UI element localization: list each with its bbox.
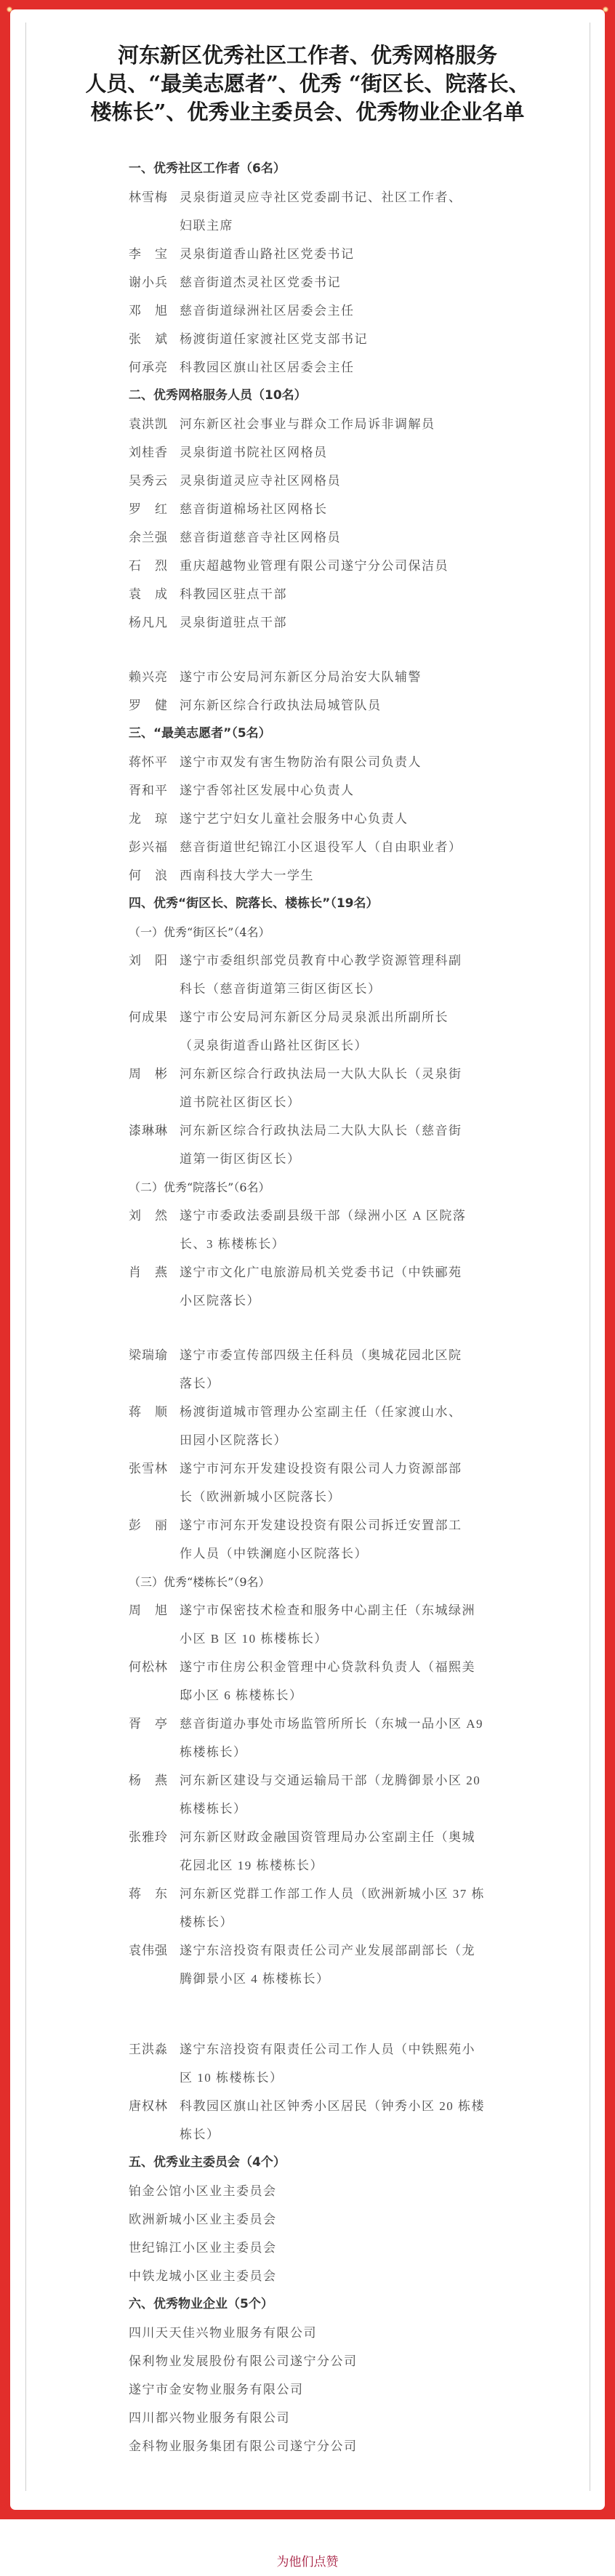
person-name: 余兰强 <box>129 523 180 552</box>
person-name: 罗 健 <box>129 691 180 720</box>
list-item: 张 斌杨渡街道任家渡社区党支部书记 <box>129 325 594 353</box>
person-name: 胥和平 <box>129 776 180 805</box>
left-divider <box>25 23 26 2491</box>
list-item: 余兰强慈音街道慈音寺社区网格员 <box>129 523 594 552</box>
person-title-cont: 长、3 栋楼栋长） <box>129 1230 594 1258</box>
person-name: 龙 琼 <box>129 805 180 833</box>
list-item: 罗 健河东新区综合行政执法局城管队员 <box>129 691 594 720</box>
person-name: 蒋 东 <box>129 1880 180 1908</box>
person-title: 灵泉街道香山路社区党委书记 <box>180 240 594 268</box>
list-item: 王洪淼遂宁东涪投资有限责任公司工作人员（中铁熙苑小 <box>129 2035 594 2064</box>
list-item: 胥 亭慈音街道办事处市场监管所所长（东城一品小区 A9 <box>129 1710 594 1738</box>
list-item: 铂金公馆小区业主委员会 <box>129 2177 594 2205</box>
list-item: 唐权林科教园区旗山社区钟秀小区居民（钟秀小区 20 栋楼 <box>129 2092 594 2120</box>
list-item: 四川天天佳兴物业服务有限公司 <box>129 2319 594 2347</box>
person-title-cont: 区 10 栋楼栋长） <box>129 2064 594 2092</box>
person-name: 漆琳琳 <box>129 1116 180 1145</box>
person-title-cont: 楼栋长） <box>129 1908 594 1936</box>
person-name: 梁瑞瑜 <box>129 1341 180 1369</box>
person-name: 肖 燕 <box>129 1258 180 1287</box>
person-title: 遂宁市委政法委副县级干部（绿洲小区 A 区院落 <box>180 1202 594 1230</box>
person-name: 何成果 <box>129 1003 180 1031</box>
person-name: 张 斌 <box>129 325 180 353</box>
person-title: 灵泉街道灵应寺社区党委副书记、社区工作者、 <box>180 183 594 212</box>
list-item: 欧洲新城小区业主委员会 <box>129 2205 594 2234</box>
section-heading: 二、优秀网格服务人员（10名） <box>129 382 594 410</box>
person-title: 慈音街道世纪锦江小区退役军人（自由职业者） <box>180 833 594 861</box>
list-item: 邓 旭慈音街道绿洲社区居委会主任 <box>129 297 594 325</box>
person-title: 遂宁香邻社区发展中心负责人 <box>180 776 594 805</box>
person-name: 彭 丽 <box>129 1511 180 1539</box>
person-name: 刘 阳 <box>129 946 180 975</box>
person-title: 遂宁市河东开发建设投资有限公司人力资源部部 <box>180 1454 594 1483</box>
person-title-cont: 小区 B 区 10 栋楼栋长） <box>129 1625 594 1653</box>
list-item: 吴秀云灵泉街道灵应寺社区网格员 <box>129 467 594 495</box>
person-name: 何 浪 <box>129 861 180 890</box>
person-name: 罗 红 <box>129 495 180 523</box>
list-item: 梁瑞瑜遂宁市委宣传部四级主任科员（奥城花园北区院 <box>129 1341 594 1369</box>
person-title: 遂宁市委组织部党员教育中心教学资源管理科副 <box>180 946 594 975</box>
list-item: 世纪锦江小区业主委员会 <box>129 2234 594 2262</box>
person-title: 河东新区建设与交通运输局干部（龙腾御景小区 20 <box>180 1766 594 1795</box>
person-title: 科教园区驻点干部 <box>180 580 594 608</box>
like-caption: 为他们点赞 <box>0 2551 615 2569</box>
list-item: 漆琳琳河东新区综合行政执法局二大队大队长（慈音街 <box>129 1116 594 1145</box>
person-title: 科教园区旗山社区钟秀小区居民（钟秀小区 20 栋楼 <box>180 2092 594 2120</box>
person-name: 周 旭 <box>129 1596 180 1625</box>
person-name: 邓 旭 <box>129 297 180 325</box>
person-title: 杨渡街道任家渡社区党支部书记 <box>180 325 594 353</box>
person-title: 慈音街道杰灵社区党委书记 <box>180 268 594 297</box>
person-title-cont: 栋楼栋长） <box>129 1795 594 1823</box>
title-line: 人员、“最美志愿者”、优秀 “街区长、院落长、 <box>10 70 605 98</box>
person-name: 刘 然 <box>129 1202 180 1230</box>
person-title: 河东新区财政金融国资管理局办公室副主任（奥城 <box>180 1823 594 1851</box>
person-title: 灵泉街道书院社区网格员 <box>180 438 594 467</box>
page-break-gap <box>129 637 594 663</box>
title-line: 楼栋长”、优秀业主委员会、优秀物业企业名单 <box>10 98 605 126</box>
person-title-cont: 小区院落长） <box>129 1287 594 1315</box>
list-item: 何承亮科教园区旗山社区居委会主任 <box>129 353 594 382</box>
person-title: 灵泉街道灵应寺社区网格员 <box>180 467 594 495</box>
person-name: 李 宝 <box>129 240 180 268</box>
person-title: 河东新区党群工作部工作人员（欧洲新城小区 37 栋 <box>180 1880 594 1908</box>
person-title: 慈音街道绿洲社区居委会主任 <box>180 297 594 325</box>
person-name: 杨凡凡 <box>129 608 180 637</box>
person-title-cont: 邸小区 6 栋楼栋长） <box>129 1681 594 1710</box>
list-item: 林雪梅灵泉街道灵应寺社区党委副书记、社区工作者、 <box>129 183 594 212</box>
person-title-cont: 栋楼栋长） <box>129 1738 594 1766</box>
list-item: 龙 琼遂宁艺宁妇女儿童社会服务中心负责人 <box>129 805 594 833</box>
person-title: 科教园区旗山社区居委会主任 <box>180 353 594 382</box>
person-title-cont: 妇联主席 <box>129 212 594 240</box>
list-item: 张雪林遂宁市河东开发建设投资有限公司人力资源部部 <box>129 1454 594 1483</box>
list-item: 中铁龙城小区业主委员会 <box>129 2262 594 2290</box>
list-item: 李 宝灵泉街道香山路社区党委书记 <box>129 240 594 268</box>
person-title: 遂宁市公安局河东新区分局灵泉派出所副所长 <box>180 1003 594 1031</box>
document-card: 河东新区优秀社区工作者、优秀网格服务 人员、“最美志愿者”、优秀 “街区长、院落… <box>10 9 605 2510</box>
section-heading: 六、优秀物业企业（5个） <box>129 2290 594 2319</box>
list-item: 张雅玲河东新区财政金融国资管理局办公室副主任（奥城 <box>129 1823 594 1851</box>
person-name: 吴秀云 <box>129 467 180 495</box>
list-item: 石 烈重庆超越物业管理有限公司遂宁分公司保洁员 <box>129 552 594 580</box>
person-name: 胥 亭 <box>129 1710 180 1738</box>
person-title-cont: 花园北区 19 栋楼栋长） <box>129 1851 594 1880</box>
list-item: 袁 成科教园区驻点干部 <box>129 580 594 608</box>
list-item: 谢小兵慈音街道杰灵社区党委书记 <box>129 268 594 297</box>
list-item: 赖兴亮遂宁市公安局河东新区分局治安大队辅警 <box>129 663 594 691</box>
list-item: 何成果遂宁市公安局河东新区分局灵泉派出所副所长 <box>129 1003 594 1031</box>
person-title-cont: 道书院社区街区长） <box>129 1088 594 1116</box>
person-title: 遂宁市委宣传部四级主任科员（奥城花园北区院 <box>180 1341 594 1369</box>
title-line: 河东新区优秀社区工作者、优秀网格服务 <box>10 41 605 70</box>
person-title: 西南科技大学大一学生 <box>180 861 594 890</box>
list-item: 蒋 顺杨渡街道城市管理办公室副主任（任家渡山水、 <box>129 1398 594 1426</box>
person-title: 河东新区社会事业与群众工作局诉非调解员 <box>180 410 594 438</box>
person-name: 杨 燕 <box>129 1766 180 1795</box>
person-title: 灵泉街道驻点干部 <box>180 608 594 637</box>
person-name: 周 彬 <box>129 1060 180 1088</box>
list-item: 罗 红慈音街道棉场社区网格长 <box>129 495 594 523</box>
person-title: 遂宁东涪投资有限责任公司产业发展部副部长（龙 <box>180 1936 594 1965</box>
list-item: 周 旭遂宁市保密技术检查和服务中心副主任（东城绿洲 <box>129 1596 594 1625</box>
person-title-cont: 道第一街区街区长） <box>129 1145 594 1173</box>
list-item: 保利物业发展股份有限公司遂宁分公司 <box>129 2347 594 2375</box>
list-item: 何松林遂宁市住房公积金管理中心贷款科负责人（福熙美 <box>129 1653 594 1681</box>
person-name: 谢小兵 <box>129 268 180 297</box>
person-name: 何松林 <box>129 1653 180 1681</box>
person-title-cont: （灵泉街道香山路社区街区长） <box>129 1031 594 1060</box>
list-item: 金科物业服务集团有限公司遂宁分公司 <box>129 2432 594 2460</box>
list-item: 四川都兴物业服务有限公司 <box>129 2404 594 2432</box>
red-frame: 河东新区优秀社区工作者、优秀网格服务 人员、“最美志愿者”、优秀 “街区长、院落… <box>0 0 615 2519</box>
person-title-cont: 长（欧洲新城小区院落长） <box>129 1483 594 1511</box>
person-name: 张雅玲 <box>129 1823 180 1851</box>
person-title: 河东新区综合行政执法局一大队大队长（灵泉街 <box>180 1060 594 1088</box>
person-title: 遂宁市住房公积金管理中心贷款科负责人（福熙美 <box>180 1653 594 1681</box>
person-title: 杨渡街道城市管理办公室副主任（任家渡山水、 <box>180 1398 594 1426</box>
person-name: 赖兴亮 <box>129 663 180 691</box>
list-item: 彭兴福慈音街道世纪锦江小区退役军人（自由职业者） <box>129 833 594 861</box>
page-title: 河东新区优秀社区工作者、优秀网格服务 人员、“最美志愿者”、优秀 “街区长、院落… <box>10 41 605 126</box>
person-name: 石 烈 <box>129 552 180 580</box>
page-break-gap <box>129 1993 594 2035</box>
person-title-cont: 落长） <box>129 1369 594 1398</box>
list-item: 袁伟强遂宁东涪投资有限责任公司产业发展部副部长（龙 <box>129 1936 594 1965</box>
person-title-cont: 科长（慈音街道第三街区街区长） <box>129 975 594 1003</box>
person-title: 慈音街道办事处市场监管所所长（东城一品小区 A9 <box>180 1710 594 1738</box>
person-title: 河东新区综合行政执法局二大队大队长（慈音街 <box>180 1116 594 1145</box>
person-title: 遂宁市河东开发建设投资有限公司拆迁安置部工 <box>180 1511 594 1539</box>
section-heading: 四、优秀“街区长、院落长、楼栋长”（19名） <box>129 890 594 918</box>
person-title-cont: 腾御景小区 4 栋楼栋长） <box>129 1965 594 1993</box>
list-item: 蒋怀平遂宁市双发有害生物防治有限公司负责人 <box>129 748 594 776</box>
person-name: 袁洪凯 <box>129 410 180 438</box>
person-name: 张雪林 <box>129 1454 180 1483</box>
person-name: 蒋 顺 <box>129 1398 180 1426</box>
list-item: 肖 燕遂宁市文化广电旅游局机关党委书记（中铁郦苑 <box>129 1258 594 1287</box>
person-name: 彭兴福 <box>129 833 180 861</box>
person-name: 袁 成 <box>129 580 180 608</box>
person-name: 王洪淼 <box>129 2035 180 2064</box>
list-item: 刘桂香灵泉街道书院社区网格员 <box>129 438 594 467</box>
list-item: 刘 然遂宁市委政法委副县级干部（绿洲小区 A 区院落 <box>129 1202 594 1230</box>
person-title-cont: 作人员（中铁澜庭小区院落长） <box>129 1539 594 1568</box>
person-title: 慈音街道棉场社区网格长 <box>180 495 594 523</box>
person-title: 重庆超越物业管理有限公司遂宁分公司保洁员 <box>180 552 594 580</box>
page-break-gap <box>129 1315 594 1341</box>
list-item: 胥和平遂宁香邻社区发展中心负责人 <box>129 776 594 805</box>
honor-list: 一、优秀社区工作者（6名） 林雪梅灵泉街道灵应寺社区党委副书记、社区工作者、 妇… <box>129 155 594 2460</box>
person-name: 唐权林 <box>129 2092 180 2120</box>
person-name: 何承亮 <box>129 353 180 382</box>
person-title-cont: 田园小区院落长） <box>129 1426 594 1454</box>
person-title-cont: 栋长） <box>129 2120 594 2149</box>
person-title: 河东新区综合行政执法局城管队员 <box>180 691 594 720</box>
person-name: 袁伟强 <box>129 1936 180 1965</box>
section-heading: 五、优秀业主委员会（4个） <box>129 2149 594 2177</box>
person-title: 遂宁市保密技术检查和服务中心副主任（东城绿洲 <box>180 1596 594 1625</box>
list-item: 刘 阳遂宁市委组织部党员教育中心教学资源管理科副 <box>129 946 594 975</box>
section-heading: 一、优秀社区工作者（6名） <box>129 155 594 183</box>
list-item: 何 浪西南科技大学大一学生 <box>129 861 594 890</box>
subsection-heading: （二）优秀“院落长”（6名） <box>129 1173 594 1202</box>
list-item: 杨 燕河东新区建设与交通运输局干部（龙腾御景小区 20 <box>129 1766 594 1795</box>
person-name: 刘桂香 <box>129 438 180 467</box>
person-name: 蒋怀平 <box>129 748 180 776</box>
person-title: 遂宁艺宁妇女儿童社会服务中心负责人 <box>180 805 594 833</box>
list-item: 遂宁市金安物业服务有限公司 <box>129 2375 594 2404</box>
list-item: 蒋 东河东新区党群工作部工作人员（欧洲新城小区 37 栋 <box>129 1880 594 1908</box>
list-item: 杨凡凡灵泉街道驻点干部 <box>129 608 594 637</box>
list-item: 袁洪凯河东新区社会事业与群众工作局诉非调解员 <box>129 410 594 438</box>
person-title: 慈音街道慈音寺社区网格员 <box>180 523 594 552</box>
person-title: 遂宁市公安局河东新区分局治安大队辅警 <box>180 663 594 691</box>
person-name: 林雪梅 <box>129 183 180 212</box>
list-item: 彭 丽遂宁市河东开发建设投资有限公司拆迁安置部工 <box>129 1511 594 1539</box>
person-title: 遂宁市双发有害生物防治有限公司负责人 <box>180 748 594 776</box>
section-heading: 三、“最美志愿者”（5名） <box>129 720 594 748</box>
person-title: 遂宁市文化广电旅游局机关党委书记（中铁郦苑 <box>180 1258 594 1287</box>
person-title: 遂宁东涪投资有限责任公司工作人员（中铁熙苑小 <box>180 2035 594 2064</box>
subsection-heading: （三）优秀“楼栋长”（9名） <box>129 1568 594 1596</box>
list-item: 周 彬河东新区综合行政执法局一大队大队长（灵泉街 <box>129 1060 594 1088</box>
s1-rows: 林雪梅灵泉街道灵应寺社区党委副书记、社区工作者、 妇联主席 李 宝灵泉街道香山路… <box>129 183 594 382</box>
subsection-heading: （一）优秀“街区长”（4名） <box>129 918 594 946</box>
